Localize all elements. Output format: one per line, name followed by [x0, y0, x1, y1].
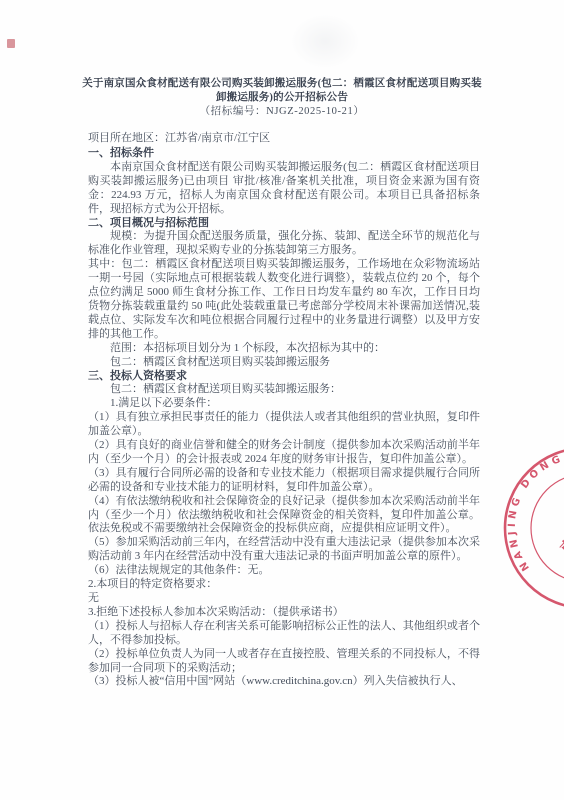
seal-inner-ring	[531, 474, 564, 582]
paragraph: 范围：本招标项目划分为 1 个标段，本次招标为其中的：	[88, 342, 480, 356]
paragraph: 其中：包二：栖霞区食材配送项目购买装卸搬运服务，工作场地在众彩物流场站一期一号园…	[88, 258, 480, 341]
paragraph: 包二：栖霞区食材配送项目购买装卸搬运服务：	[88, 383, 480, 397]
seal-inner-text: 南京东来	[557, 498, 564, 557]
company-seal: NANJING DONGL 南京东来	[500, 443, 564, 613]
paragraph: （4）有依法缴纳税收和社会保障资金的良好记录（提供参加本次采购活动前半年内（至少…	[88, 495, 480, 537]
scan-artifact-smudge	[290, 14, 360, 69]
paragraph: （2）具有良好的商业信誉和健全的财务会计制度（提供参加本次采购活动前半年内（至少…	[88, 439, 480, 467]
paragraph: 3.拒绝下述投标人参加本次采购活动：（提供承诺书）	[88, 606, 480, 620]
paragraph: 包二：栖霞区食材配送项目购买装卸搬运服务	[88, 356, 480, 370]
paragraph: 2.本项目的特定资格要求：	[88, 578, 480, 592]
paragraph: （3）具有履行合同所必需的设备和专业技术能力（根据项目需求提供履行合同所必需的设…	[88, 467, 480, 495]
paragraph: （3）投标人被“信用中国”网站（www.creditchina.gov.cn）列…	[88, 675, 480, 689]
paragraph: 1.满足以下必要条件：	[88, 397, 480, 411]
paragraph: （6）法律法规规定的其他条件：无。	[88, 564, 480, 578]
project-region-line: 项目所在地区：江苏省/南京市/江宁区	[88, 131, 564, 145]
seal-arc-text: NANJING DONGL	[507, 450, 564, 572]
scanned-document-page: 关于南京国众食材配送有限公司购买装卸搬运服务(包二：栖霞区食材配送项目购买装卸搬…	[0, 0, 564, 800]
paragraph: （2）投标单位负责人为同一人或者存在直接控股、管理关系的不同投标人，不得参加同一…	[88, 648, 480, 676]
seal-arc-text-path: NANJING DONGL	[507, 450, 564, 572]
bid-number-line: （招标编号：NJGZ-2025-10-21）	[0, 105, 564, 119]
scan-artifact-red-mark	[7, 39, 15, 48]
paragraph: （1）投标人与招标人存在利害关系可能影响招标公正性的法人、其他组织或者个人，不得…	[88, 620, 480, 648]
paragraph: 无	[88, 592, 480, 606]
paragraph: （5）参加采购活动前三年内，在经营活动中没有重大违法记录（提供参加本次采购活动前…	[88, 536, 480, 564]
section-heading: 一、招标条件	[88, 147, 480, 161]
section-heading: 二、项目概况与招标范围	[88, 217, 480, 231]
document-body: 一、招标条件本南京国众食材配送有限公司购买装卸搬运服务(包二：栖霞区食材配送项目…	[88, 147, 480, 689]
document-title: 关于南京国众食材配送有限公司购买装卸搬运服务(包二：栖霞区食材配送项目购买装卸搬…	[81, 77, 483, 105]
paragraph: 规模：为提升国众配送服务质量，强化分拣、装卸、配送全环节的规范化与标准化作业管理…	[88, 230, 480, 258]
section-heading: 三、投标人资格要求	[88, 370, 480, 384]
paragraph: （1）具有独立承担民事责任的能力（提供法人或者其他组织的营业执照，复印件加盖公章…	[88, 411, 480, 439]
paragraph: 本南京国众食材配送有限公司购买装卸搬运服务(包二：栖霞区食材配送项目购买装卸搬运…	[88, 161, 480, 217]
